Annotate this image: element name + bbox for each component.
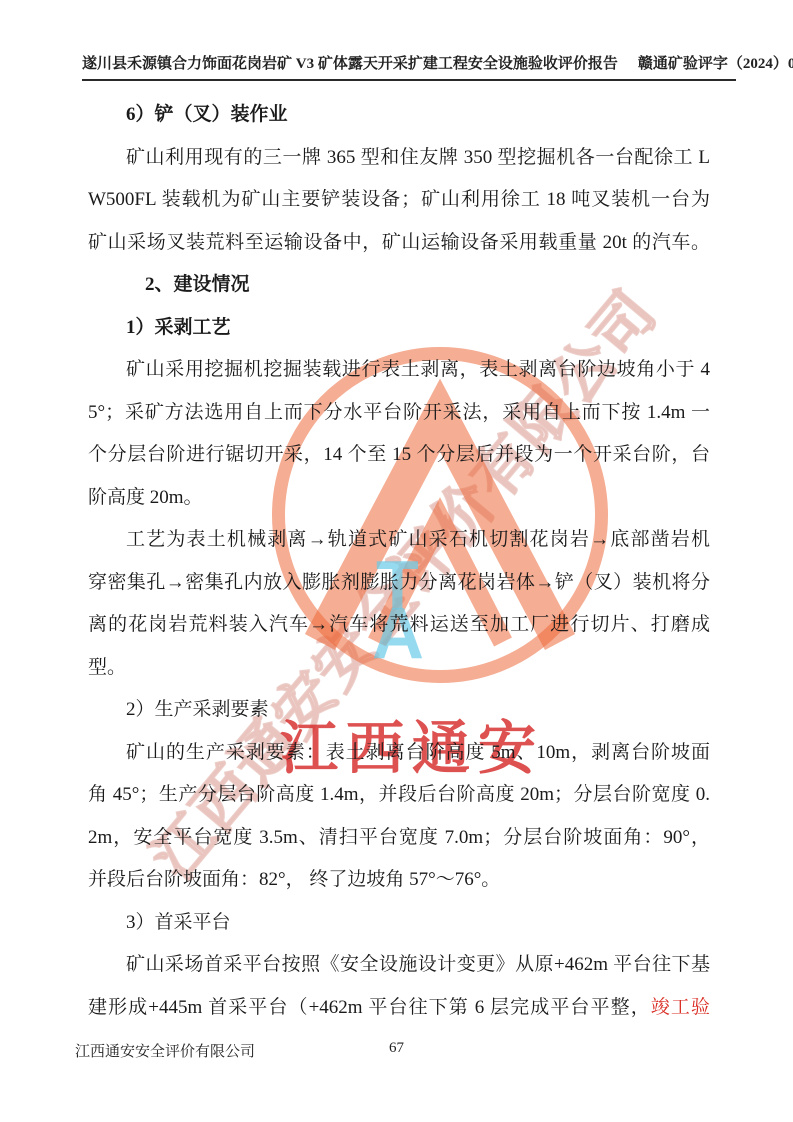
body-line: 并段后台阶坡面角：82°， 终了边坡角 57°～76°。 bbox=[88, 859, 710, 902]
body-line: 5°；采矿方法选用自上而下分水平台阶开采法，采用自上而下按 1.4m 一 bbox=[88, 392, 710, 435]
body-line: 矿山的生产采剥要素：表土剥离台阶高度 5m、10m，剥离台阶坡面 bbox=[88, 732, 710, 775]
page-header: 遂川县禾源镇合力饰面花岗岩矿 V3 矿体露天开采扩建工程安全设施验收评价报告 赣… bbox=[82, 52, 736, 81]
body-line: 建形成+445m 首采平台（+462m 平台往下第 6 层完成平台平整，竣工验 bbox=[88, 987, 710, 1030]
body-line: 矿山采场叉装荒料至运输设备中，矿山运输设备采用载重量 20t 的汽车。 bbox=[88, 222, 710, 265]
body-line: 离的花岗岩荒料装入汽车→汽车将荒料运送至加工厂进行切片、打磨成 bbox=[88, 604, 710, 647]
body-line-text: 建形成+445m 首采平台（+462m 平台往下第 6 层完成平台平整， bbox=[88, 997, 651, 1018]
section-heading-construction-status: 2、建设情况 bbox=[88, 264, 710, 307]
body-line: 型。 bbox=[88, 647, 710, 690]
section-heading-production-elements: 2）生产采剥要素 bbox=[88, 689, 710, 732]
page-number: 67 bbox=[0, 1040, 793, 1057]
section-heading-stripping-process: 1）采剥工艺 bbox=[88, 307, 710, 350]
body-line: 阶高度 20m。 bbox=[88, 477, 710, 520]
document-page: 江西通安安全评价有限公司 T A 江西通安 遂川县禾源镇合力饰面花岗岩矿 V3 … bbox=[0, 0, 793, 1122]
body-line: 工艺为表土机械剥离→轨道式矿山采石机切割花岗岩→底部凿岩机 bbox=[88, 519, 710, 562]
document-body: 6）铲（叉）装作业 矿山利用现有的三一牌 365 型和住友牌 350 型挖掘机各… bbox=[88, 94, 710, 1029]
section-heading-loading-operation: 6）铲（叉）装作业 bbox=[88, 94, 710, 137]
body-line: 2m，安全平台宽度 3.5m、清扫平台宽度 7.0m；分层台阶坡面角：90°， bbox=[88, 817, 710, 860]
body-line: 矿山采场首采平台按照《安全设施设计变更》从原+462m 平台往下基 bbox=[88, 944, 710, 987]
body-line: 个分层台阶进行锯切开采，14 个至 15 个分层后并段为一个开采台阶，台 bbox=[88, 434, 710, 477]
body-line-red-text: 竣工验 bbox=[651, 997, 710, 1018]
body-line: 矿山利用现有的三一牌 365 型和住友牌 350 型挖掘机各一台配徐工 L bbox=[88, 137, 710, 180]
body-line: 穿密集孔→密集孔内放入膨胀剂膨胀力分离花岗岩体→铲（叉）装机将分 bbox=[88, 562, 710, 605]
body-line: W500FL 装载机为矿山主要铲装设备；矿山利用徐工 18 吨叉装机一台为 bbox=[88, 179, 710, 222]
body-line: 角 45°；生产分层台阶高度 1.4m，并段后台阶高度 20m；分层台阶宽度 0… bbox=[88, 774, 710, 817]
body-line: 矿山采用挖掘机挖掘装载进行表土剥离，表土剥离台阶边坡角小于 4 bbox=[88, 349, 710, 392]
section-heading-first-mining-platform: 3）首采平台 bbox=[88, 902, 710, 945]
document-number: 赣通矿验评字（2024）007 号 bbox=[638, 52, 793, 73]
report-title: 遂川县禾源镇合力饰面花岗岩矿 V3 矿体露天开采扩建工程安全设施验收评价报告 bbox=[82, 52, 618, 73]
